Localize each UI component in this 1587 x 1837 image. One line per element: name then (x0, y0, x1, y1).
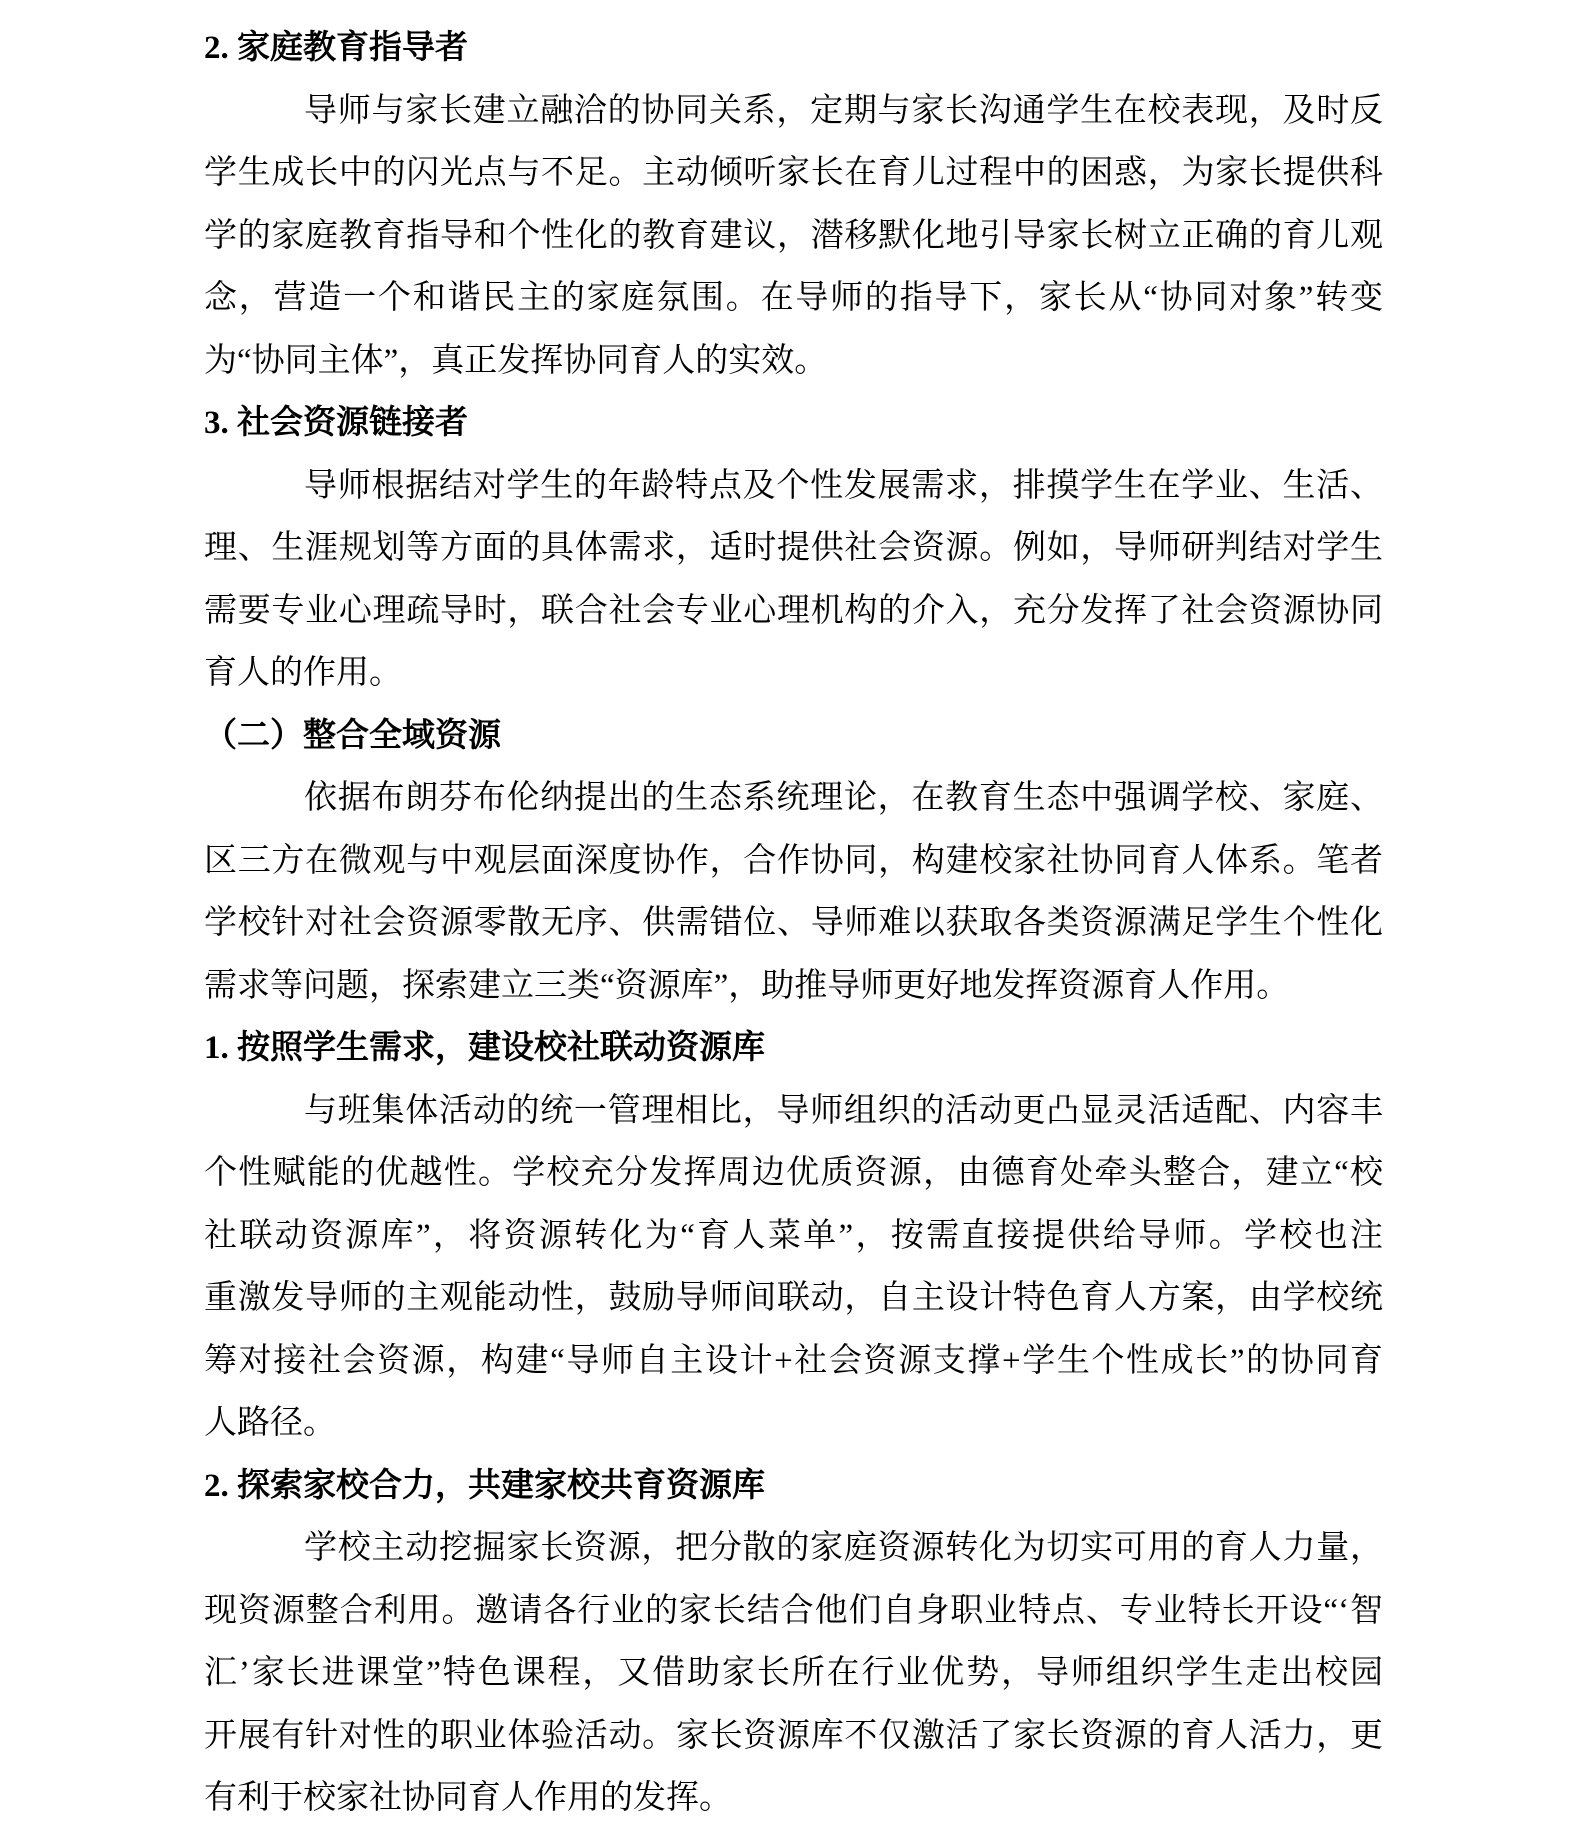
paragraph-line: 导师根据结对学生的年龄特点及个性发展需求，排摸学生在学业、生活、心 (204, 455, 1383, 518)
paragraph-line: 社联动资源库”，将资源转化为“育人菜单”，按需直接提供给导师。学校也注 (204, 1205, 1383, 1268)
paragraph-line: 有利于校家社协同育人作用的发挥。 (204, 1767, 1383, 1830)
heading-3-social-resource-linker: 3. 社会资源链接者 (204, 392, 1383, 455)
paragraph-line: 学生成长中的闪光点与不足。主动倾听家长在育儿过程中的困惑，为家长提供科 (204, 142, 1383, 205)
paragraph-line: 育人的作用。 (204, 642, 1383, 705)
paragraph-line: 个性赋能的优越性。学校充分发挥周边优质资源，由德育处牵头整合，建立“校 (204, 1142, 1383, 1205)
paragraph-line: 理、生涯规划等方面的具体需求，适时提供社会资源。例如，导师研判结对学生 (204, 517, 1383, 580)
paragraph-line: 依据布朗芬布伦纳提出的生态系统理论，在教育生态中强调学校、家庭、社 (204, 767, 1383, 830)
document-content: 2. 家庭教育指导者 导师与家长建立融洽的协同关系，定期与家长沟通学生在校表现，… (0, 0, 1587, 1830)
paragraph-line: 与班集体活动的统一管理相比，导师组织的活动更凸显灵活适配、内容丰富、 (204, 1080, 1383, 1143)
paragraph-line: 导师与家长建立融洽的协同关系，定期与家长沟通学生在校表现，及时反馈 (204, 80, 1383, 143)
document-page: 2. 家庭教育指导者 导师与家长建立融洽的协同关系，定期与家长沟通学生在校表现，… (0, 0, 1587, 1837)
paragraph-line: 重激发导师的主观能动性，鼓励导师间联动，自主设计特色育人方案，由学校统 (204, 1267, 1383, 1330)
paragraph-line: 学校针对社会资源零散无序、供需错位、导师难以获取各类资源满足学生个性化 (204, 892, 1383, 955)
paragraph-line: 人路径。 (204, 1392, 1383, 1455)
paragraph-line: 学校主动挖掘家长资源，把分散的家庭资源转化为切实可用的育人力量，实 (204, 1517, 1383, 1580)
paragraph-line: 需要专业心理疏导时，联合社会专业心理机构的介入，充分发挥了社会资源协同 (204, 580, 1383, 643)
paragraph-line: 学的家庭教育指导和个性化的教育建议，潜移默化地引导家长树立正确的育儿观 (204, 205, 1383, 268)
heading-2-home-school-resource-bank: 2. 探索家校合力，共建家校共育资源库 (204, 1455, 1383, 1518)
heading-1-school-community-resource-bank: 1. 按照学生需求，建设校社联动资源库 (204, 1017, 1383, 1080)
heading-sec2-integrate-all-domain-resources: （二）整合全域资源 (204, 705, 1383, 768)
paragraph-line: 现资源整合利用。邀请各行业的家长结合他们自身职业特点、专业特长开设“‘智 (204, 1580, 1383, 1643)
paragraph-line: 需求等问题，探索建立三类“资源库”，助推导师更好地发挥资源育人作用。 (204, 955, 1383, 1018)
paragraph-line: 念，营造一个和谐民主的家庭氛围。在导师的指导下，家长从“协同对象”转变 (204, 267, 1383, 330)
paragraph-line: 汇’家长进课堂”特色课程，又借助家长所在行业优势，导师组织学生走出校园 (204, 1642, 1383, 1705)
paragraph-line: 为“协同主体”，真正发挥协同育人的实效。 (204, 330, 1383, 393)
paragraph-line: 筹对接社会资源，构建“导师自主设计+社会资源支撑+学生个性成长”的协同育 (204, 1330, 1383, 1393)
paragraph-line: 区三方在微观与中观层面深度协作，合作协同，构建校家社协同育人体系。笔者 (204, 830, 1383, 893)
paragraph-line: 开展有针对性的职业体验活动。家长资源库不仅激活了家长资源的育人活力，更 (204, 1705, 1383, 1768)
heading-2-family-education-guide: 2. 家庭教育指导者 (204, 17, 1383, 80)
